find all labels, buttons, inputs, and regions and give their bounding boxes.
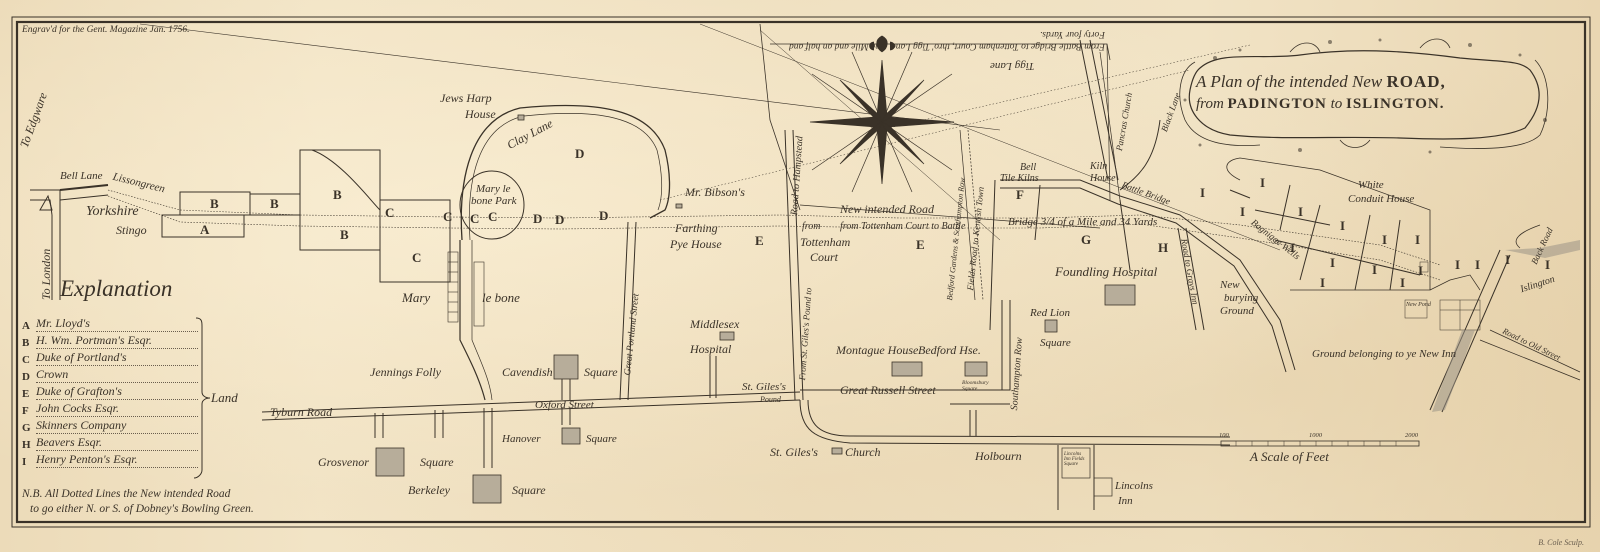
plot-letter-c: C — [443, 209, 452, 225]
plot-letter-i: I — [1475, 257, 1480, 273]
label-holbourn: Holbourn — [975, 450, 1022, 462]
plot-letter-c: C — [385, 205, 394, 221]
label-yorkshire: Yorkshire — [86, 205, 139, 219]
st-giles-church-block — [832, 448, 842, 454]
label-kiln: Kiln — [1090, 162, 1107, 172]
plot-letter-e: E — [755, 233, 764, 249]
top-distance-note: From Battle Bridge to Tottenham Court, t… — [785, 28, 1105, 52]
label-white-conduit-house: Conduit House — [1348, 194, 1414, 205]
plot-letter-i: I — [1290, 240, 1295, 256]
plot-letter-b: B — [210, 196, 219, 212]
legend-row: IHenry Penton's Esqr. — [22, 451, 202, 468]
label-from: from — [802, 222, 821, 232]
plot-letter-d: D — [555, 212, 564, 228]
plot-letter-i: I — [1372, 262, 1377, 278]
label-bridge-distance: Bridge 3/4 of a Mile and 34 Yards — [1008, 217, 1157, 228]
label-st-giles-pound: St. Giles's — [742, 382, 786, 393]
plot-letter-b: B — [340, 227, 349, 243]
plot-letter-i: I — [1200, 185, 1205, 201]
foundling-hospital-block — [1105, 285, 1135, 305]
legend-row: FJohn Cocks Esqr. — [22, 400, 202, 417]
plot-letter-c: C — [470, 211, 479, 227]
label-montague-house: Montague House — [836, 344, 918, 356]
legend-note: N.B. All Dotted Lines the New intended R… — [22, 487, 254, 517]
plot-letter-h: H — [1158, 240, 1168, 256]
label-tottenham: Tottenham — [800, 236, 850, 248]
label-cavendish-square: Square — [584, 366, 618, 378]
bedford-house-block — [965, 362, 987, 376]
legend-row: AMr. Lloyd's — [22, 315, 202, 332]
plot-letter-c: C — [488, 209, 497, 225]
label-grosvenor: Grosvenor — [318, 456, 369, 468]
plot-letter-a: A — [200, 222, 209, 238]
engraver-signature: B. Cole Sculp. — [1538, 538, 1584, 547]
plot-letter-d: D — [533, 211, 542, 227]
berkeley-square-block — [473, 475, 501, 503]
label-farthing: Farthing — [675, 222, 718, 234]
label-stingo: Stingo — [116, 224, 147, 236]
hanover-square-block — [562, 428, 580, 444]
label-court: Court — [810, 251, 838, 263]
label-hospital: Hospital — [690, 343, 731, 355]
plot-letter-i: I — [1240, 204, 1245, 220]
grosvenor-square-block — [376, 448, 404, 476]
label-jennings-folly: Jennings Folly — [370, 366, 441, 378]
label-lincolns: Lincolns — [1115, 481, 1153, 492]
label-red-lion-square: Square — [1040, 338, 1071, 349]
label-middlesex: Middlesex — [690, 318, 739, 330]
label-jews-harp-house: House — [465, 108, 496, 120]
label-lincolns-inn-fields: Lincolns Inn Fields Square — [1064, 452, 1088, 467]
label-berkeley: Berkeley — [408, 484, 450, 496]
label-white: White — [1358, 180, 1384, 191]
label-bloomsbury-square: Bloomsbury Square — [962, 381, 992, 392]
scale-tick: 2000 — [1405, 432, 1418, 439]
label-bell: Bell — [1020, 163, 1036, 173]
scale-tick: 1000 — [1309, 432, 1322, 439]
plot-letter-i: I — [1415, 232, 1420, 248]
label-oxford-street: Oxford Street — [535, 400, 594, 411]
label-to-london: To London — [40, 249, 52, 300]
plot-letter-f: F — [1016, 187, 1024, 203]
label-hanover-square: Square — [586, 434, 617, 445]
legend-title: Explanation — [60, 276, 172, 302]
label-jews-harp: Jews Harp — [440, 92, 492, 104]
label-cavendish: Cavendish — [502, 366, 553, 378]
label-st-giles-church: St. Giles's — [770, 446, 818, 458]
legend-row: EDuke of Grafton's — [22, 383, 202, 400]
label-burying: burying — [1224, 293, 1258, 304]
label-new: New — [1220, 280, 1240, 291]
cartouche-frame — [1180, 39, 1548, 149]
plot-letter-i: I — [1455, 257, 1460, 273]
plot-letter-e: E — [916, 237, 925, 253]
cavendish-square-block — [554, 355, 578, 379]
plot-letter-i: I — [1382, 232, 1387, 248]
map-title-line-1: A Plan of the intended New ROAD, — [1196, 72, 1446, 92]
plot-letter-i: I — [1505, 252, 1510, 268]
plot-letter-i: I — [1418, 263, 1423, 279]
legend-row: HBeavers Esqr. — [22, 434, 202, 451]
compass-rose — [810, 36, 954, 192]
label-mr-bibsons: Mr. Bibson's — [685, 186, 745, 198]
label-hanover: Hanover — [502, 434, 541, 445]
label-tigg-lane: Tigg Lane — [990, 60, 1034, 71]
plot-letter-g: G — [1081, 232, 1091, 248]
label-kiln-house: House — [1090, 174, 1116, 184]
plot-letter-i: I — [1260, 175, 1265, 191]
plot-letter-c: C — [412, 250, 421, 266]
label-bedford-house: Bedford Hse. — [918, 344, 981, 356]
label-ground: Ground — [1220, 306, 1254, 317]
legend-row: DCrown — [22, 366, 202, 383]
legend-row: BH. Wm. Portman's Esqr. — [22, 332, 202, 349]
label-marylebone-park-2: bone Park — [471, 196, 517, 207]
label-grosvenor-square: Square — [420, 456, 454, 468]
scale-label: A Scale of Feet — [1250, 449, 1329, 465]
label-mary: Mary — [402, 291, 430, 304]
jews-harp-house-block — [518, 115, 524, 120]
plot-letter-i: I — [1330, 255, 1335, 271]
label-from-tottenham-court-to-battle: from Tottenham Court to Battle — [840, 222, 965, 232]
label-ground-belonging-new-inn: Ground belonging to ye New Inn — [1312, 349, 1456, 360]
label-foundling-hospital: Foundling Hospital — [1055, 265, 1157, 278]
legend-row: CDuke of Portland's — [22, 349, 202, 366]
plot-letter-i: I — [1298, 204, 1303, 220]
label-marylebone-park-1: Mary le — [476, 184, 511, 195]
label-berkeley-square: Square — [512, 484, 546, 496]
label-church: Church — [845, 446, 881, 458]
label-tyburn-road: Tyburn Road — [270, 406, 332, 418]
legend-row: GSkinners Company — [22, 417, 202, 434]
label-inn: Inn — [1118, 496, 1133, 507]
plot-letter-d: D — [599, 208, 608, 224]
engraving-note: Engrav'd for the Gent. Magazine Jan. 175… — [22, 25, 189, 35]
middlesex-hospital-block — [720, 332, 734, 340]
plot-letter-d: D — [575, 146, 584, 162]
label-pye-house: Pye House — [670, 238, 722, 250]
label-great-russell-street: Great Russell Street — [840, 384, 936, 396]
plot-letter-i: I — [1320, 275, 1325, 291]
map-title-line-2: from PADINGTON to ISLINGTON. — [1196, 96, 1445, 113]
label-tile-kilns: Tile Kilns — [1000, 174, 1039, 184]
legend: AMr. Lloyd's BH. Wm. Portman's Esqr. CDu… — [22, 315, 202, 468]
bibsons-house-block — [676, 204, 682, 208]
red-lion-square-block — [1045, 320, 1057, 332]
scale-tick: 100 — [1219, 432, 1229, 439]
label-red-lion: Red Lion — [1030, 308, 1070, 319]
label-new-intended-road: New intended Road — [840, 203, 934, 215]
label-le-bone: le bone — [482, 291, 520, 304]
plot-letter-i: I — [1340, 218, 1345, 234]
legend-bracket-label: Land — [211, 390, 238, 406]
label-bell-lane: Bell Lane — [60, 171, 102, 182]
plot-letter-b: B — [270, 196, 279, 212]
plot-letter-i: I — [1545, 257, 1550, 273]
plot-letter-i: I — [1400, 275, 1405, 291]
label-new-pond: New Pond — [1406, 302, 1431, 308]
scale-bar — [1221, 441, 1419, 446]
montague-house-block — [892, 362, 922, 376]
plot-letter-b: B — [333, 187, 342, 203]
label-pound: Pound — [760, 396, 781, 404]
